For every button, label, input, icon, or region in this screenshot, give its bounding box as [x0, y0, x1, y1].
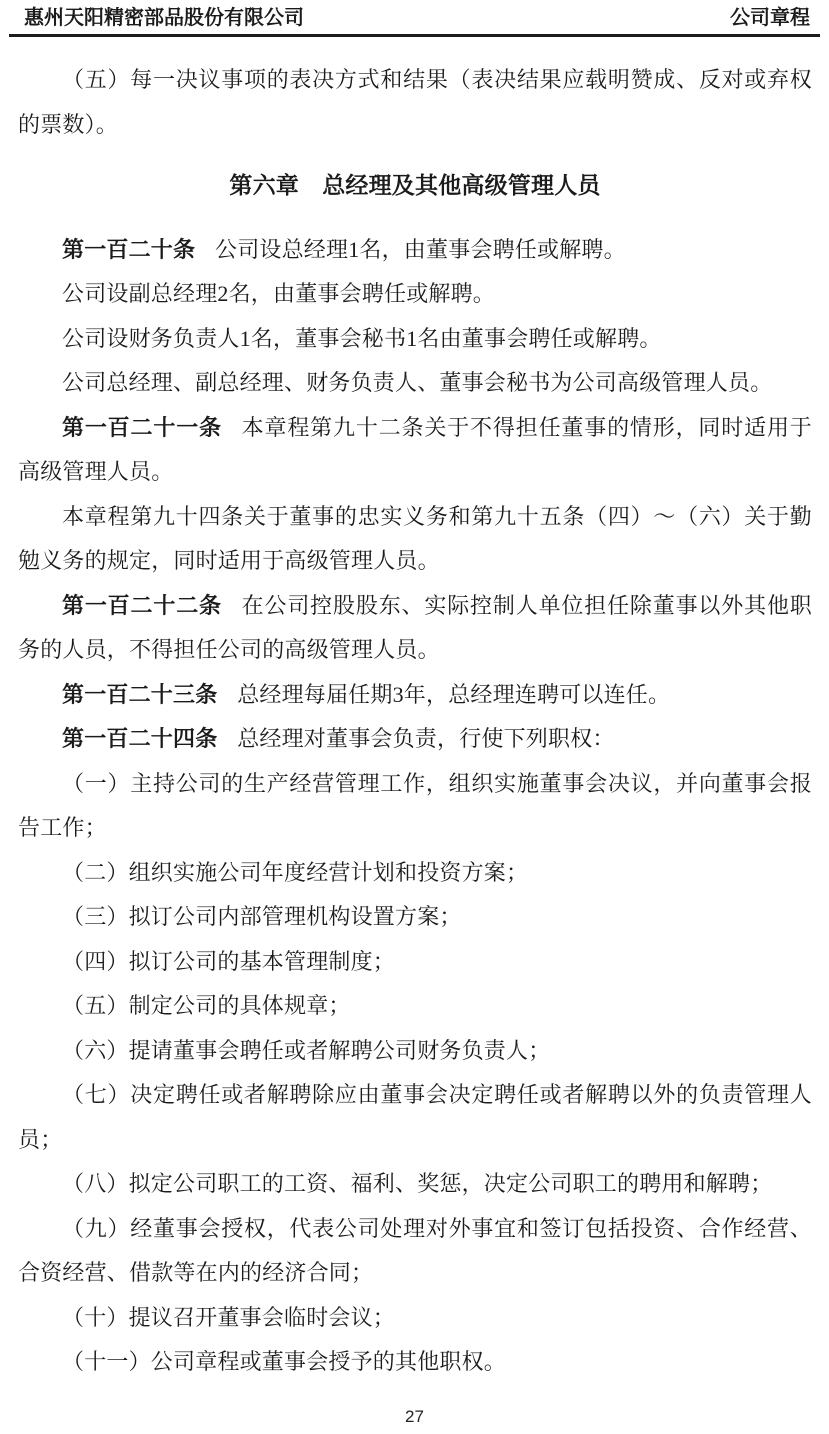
paragraph: 公司总经理、副总经理、财务负责人、董事会秘书为公司高级管理人员。: [18, 361, 812, 406]
article-number: 第一百二十一条: [62, 415, 222, 440]
paragraph: （五）每一决议事项的表决方式和结果（表决结果应载明赞成、反对或弃权的票数）。: [18, 58, 812, 147]
chapter-heading: 第六章 总经理及其他高级管理人员: [18, 164, 812, 209]
paragraph-text: （十一）公司章程或董事会授予的其他职权。: [62, 1349, 506, 1374]
article-number: 第一百二十二条: [62, 593, 222, 618]
paragraph: （一）主持公司的生产经营管理工作，组织实施董事会决议，并向董事会报告工作；: [18, 762, 812, 851]
paragraph: 本章程第九十四条关于董事的忠实义务和第九十五条（四）～（六）关于勤勉义务的规定，…: [18, 495, 812, 584]
paragraph-text: 公司设总经理1名，由董事会聘任或解聘。: [215, 237, 626, 262]
paragraph-text: （九）经董事会授权，代表公司处理对外事宜和签订包括投资、合作经营、合资经营、借款…: [18, 1216, 812, 1286]
paragraph: （五）制定公司的具体规章；: [18, 984, 812, 1029]
paragraph: （十）提议召开董事会临时会议；: [18, 1296, 812, 1341]
paragraph-text: （六）提请董事会聘任或者解聘公司财务负责人；: [62, 1038, 550, 1063]
paragraph: （六）提请董事会聘任或者解聘公司财务负责人；: [18, 1029, 812, 1074]
paragraph-text: 公司设副总经理2名，由董事会聘任或解聘。: [62, 281, 495, 306]
article-paragraph: 第一百二十三条总经理每届任期3年，总经理连聘可以连任。: [18, 673, 812, 718]
paragraph-text: （四）拟订公司的基本管理制度；: [62, 949, 395, 974]
paragraph-text: 公司设财务负责人1名，董事会秘书1名由董事会聘任或解聘。: [62, 326, 662, 351]
paragraph: （八）拟定公司职工的工资、福利、奖惩，决定公司职工的聘用和解聘；: [18, 1162, 812, 1207]
article-number: 第一百二十条: [62, 237, 195, 262]
paragraph: 公司设财务负责人1名，董事会秘书1名由董事会聘任或解聘。: [18, 317, 812, 362]
paragraph: （三）拟订公司内部管理机构设置方案；: [18, 895, 812, 940]
paragraph-text: 本章程第九十四条关于董事的忠实义务和第九十五条（四）～（六）关于勤勉义务的规定，…: [18, 504, 812, 574]
article-paragraph: 第一百二十二条在公司控股股东、实际控制人单位担任除董事以外其他职务的人员，不得担…: [18, 584, 812, 673]
paragraph-text: （八）拟定公司职工的工资、福利、奖惩，决定公司职工的聘用和解聘；: [62, 1171, 772, 1196]
article-paragraph: 第一百二十一条本章程第九十二条关于不得担任董事的情形，同时适用于高级管理人员。: [18, 406, 812, 495]
paragraph-text: 第六章 总经理及其他高级管理人员: [229, 173, 600, 198]
paragraph-text: 公司总经理、副总经理、财务负责人、董事会秘书为公司高级管理人员。: [62, 370, 772, 395]
paragraph-text: （十）提议召开董事会临时会议；: [62, 1305, 395, 1330]
article-number: 第一百二十三条: [62, 682, 217, 707]
paragraph: 公司设副总经理2名，由董事会聘任或解聘。: [18, 272, 812, 317]
paragraph: （九）经董事会授权，代表公司处理对外事宜和签订包括投资、合作经营、合资经营、借款…: [18, 1207, 812, 1296]
header-company-name: 惠州天阳精密部品股份有限公司: [24, 5, 304, 32]
paragraph-text: （七）决定聘任或者解聘除应由董事会决定聘任或者解聘以外的负责管理人员；: [18, 1082, 812, 1152]
paragraph-text: （一）主持公司的生产经营管理工作，组织实施董事会决议，并向董事会报告工作；: [18, 771, 812, 841]
page-header: 惠州天阳精密部品股份有限公司 公司章程: [0, 0, 829, 32]
article-paragraph: 第一百二十条公司设总经理1名，由董事会聘任或解聘。: [18, 228, 812, 273]
document-body: （五）每一决议事项的表决方式和结果（表决结果应载明赞成、反对或弃权的票数）。第六…: [0, 58, 829, 1385]
page-number: 27: [405, 1407, 424, 1426]
article-paragraph: 第一百二十四条总经理对董事会负责，行使下列职权：: [18, 717, 812, 762]
paragraph: （七）决定聘任或者解聘除应由董事会决定聘任或者解聘以外的负责管理人员；: [18, 1073, 812, 1162]
header-document-title: 公司章程: [730, 5, 810, 32]
paragraph-text: 总经理对董事会负责，行使下列职权：: [237, 726, 614, 751]
paragraph: （十一）公司章程或董事会授予的其他职权。: [18, 1340, 812, 1385]
paragraph-text: （五）制定公司的具体规章；: [62, 993, 351, 1018]
paragraph-text: 总经理每届任期3年，总经理连聘可以连任。: [237, 682, 670, 707]
paragraph: （二）组织实施公司年度经营计划和投资方案；: [18, 851, 812, 896]
paragraph-text: （三）拟订公司内部管理机构设置方案；: [62, 904, 462, 929]
paragraph-text: （五）每一决议事项的表决方式和结果（表决结果应载明赞成、反对或弃权的票数）。: [18, 67, 812, 137]
header-double-rule: [9, 34, 820, 37]
document-page: 惠州天阳精密部品股份有限公司 公司章程 （五）每一决议事项的表决方式和结果（表决…: [0, 0, 829, 1434]
paragraph-text: （二）组织实施公司年度经营计划和投资方案；: [62, 860, 528, 885]
page-footer: 27: [0, 1407, 829, 1427]
article-number: 第一百二十四条: [62, 726, 217, 751]
paragraph: （四）拟订公司的基本管理制度；: [18, 940, 812, 985]
